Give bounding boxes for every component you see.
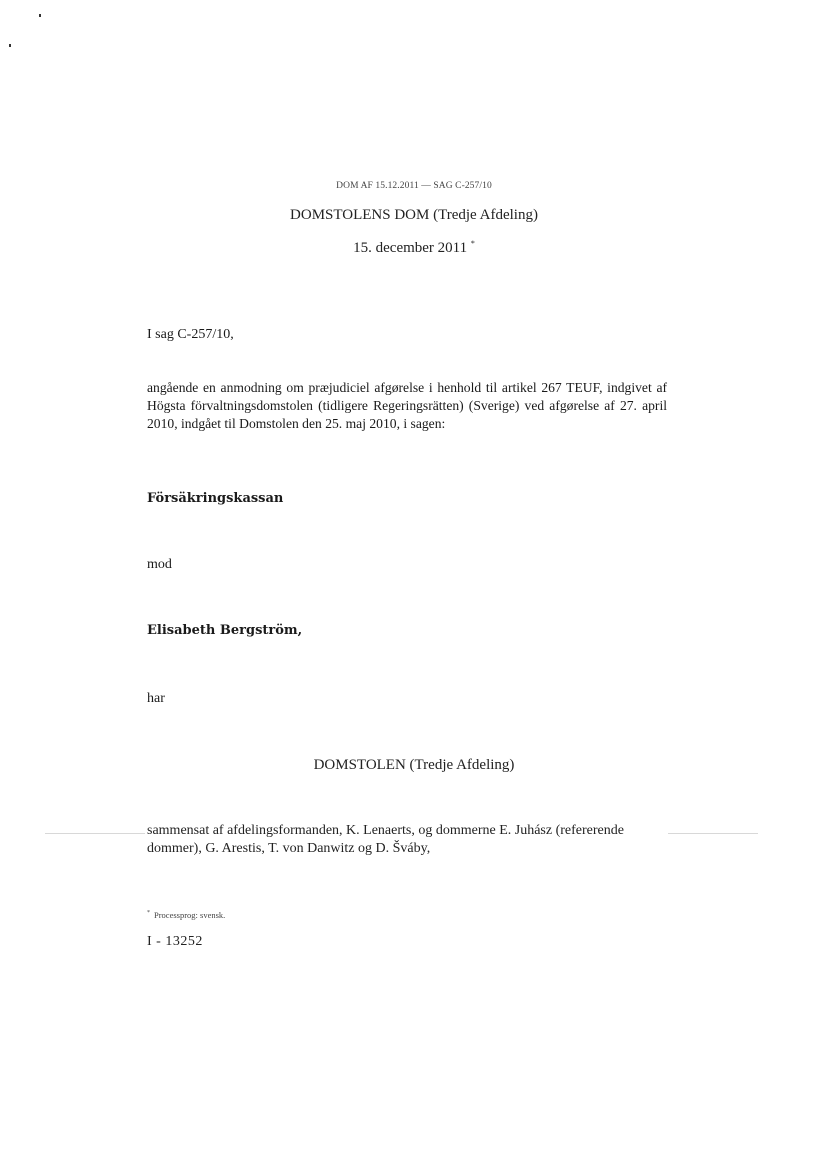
- scan-line-left: [45, 833, 145, 834]
- scan-line-right: [668, 833, 758, 834]
- page-number: I - 13252: [147, 934, 203, 950]
- scan-speck: [39, 14, 41, 17]
- party-applicant: Försäkringskassan: [147, 490, 667, 508]
- har-label: har: [147, 690, 667, 708]
- footnote-marker: *: [147, 910, 150, 916]
- running-header: DOM AF 15.12.2011 — SAG C-257/10: [0, 181, 828, 191]
- versus-label: mod: [147, 556, 667, 574]
- court-composition: sammensat af afdelingsformanden, K. Lena…: [147, 822, 677, 858]
- court-heading: DOMSTOLEN (Tredje Afdeling): [0, 757, 828, 774]
- date-footnote-marker: *: [471, 239, 475, 248]
- judgment-title: DOMSTOLENS DOM (Tredje Afdeling): [0, 207, 828, 224]
- party-respondent: Elisabeth Bergström,: [147, 622, 667, 640]
- request-paragraph: angående en anmodning om præjudiciel afg…: [147, 379, 667, 433]
- case-reference: I sag C-257/10,: [147, 326, 667, 344]
- scan-speck: [9, 44, 11, 47]
- judgment-date: 15. december 2011 *: [0, 240, 828, 257]
- footnote-text: Processprog: svensk.: [154, 910, 225, 920]
- footnote: *Processprog: svensk.: [147, 910, 225, 920]
- date-text: 15. december 2011: [353, 240, 467, 256]
